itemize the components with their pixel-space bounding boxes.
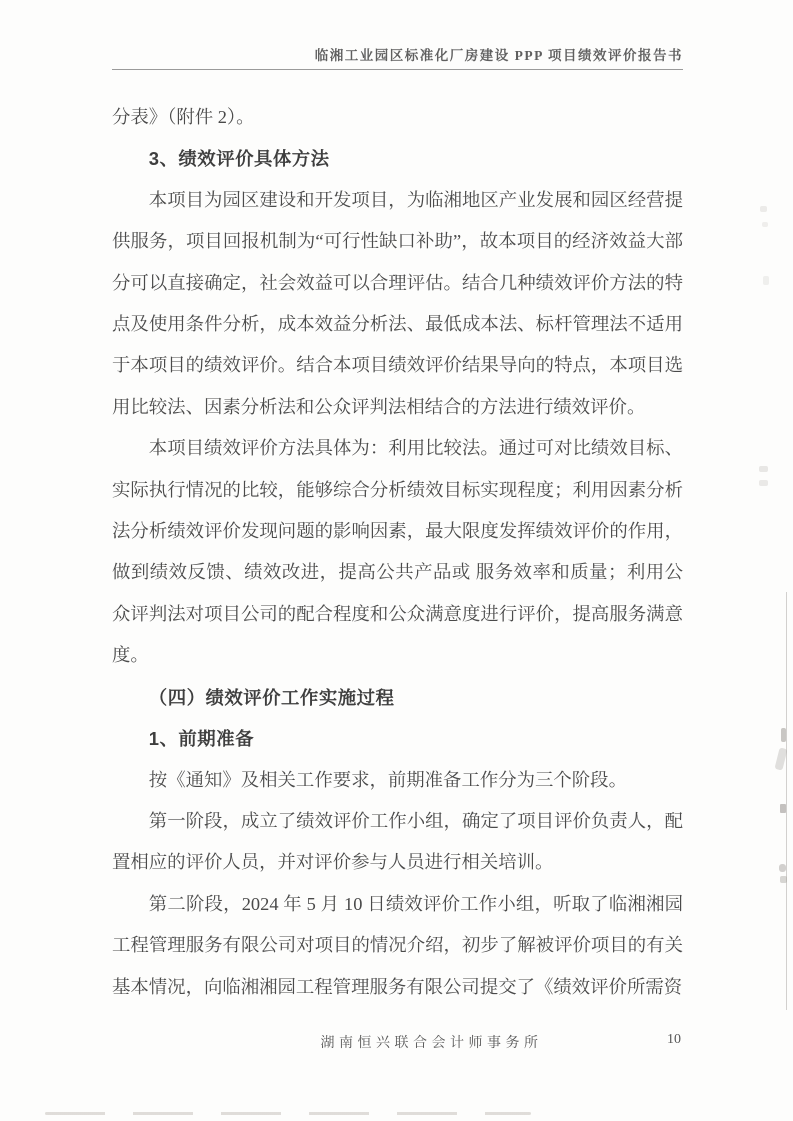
section-heading: 1、前期准备 [149, 718, 683, 759]
section-heading: （四）绩效评价工作实施过程 [149, 677, 683, 718]
scan-artifact-mark [759, 466, 768, 472]
scan-artifact-mark [780, 876, 787, 883]
page-header-title: 临湘工业园区标准化厂房建设 PPP 项目绩效评价报告书 [112, 44, 683, 70]
scan-artifact-mark [762, 222, 768, 227]
document-body: 分表》（附件 2）。3、绩效评价具体方法本项目为园区建设和开发项目，为临湘地区产… [112, 97, 683, 1027]
scanned-page: 临湘工业园区标准化厂房建设 PPP 项目绩效评价报告书 分表》（附件 2）。3、… [0, 0, 793, 1121]
paragraph: 第二阶段，2024 年 5 月 10 日绩效评价工作小组，听取了临湘湘园工程管理… [112, 884, 683, 1008]
footer-organization: 湖南恒兴联合会计师事务所 [146, 1032, 717, 1052]
paragraph: 按《通知》及相关工作要求，前期准备工作分为三个阶段。 [112, 760, 683, 801]
scan-artifact-mark [779, 864, 786, 872]
scan-artifact-mark [781, 728, 786, 742]
scan-artifact-bottom-edge [45, 1112, 531, 1115]
paragraph: 分表》（附件 2）。 [112, 97, 683, 138]
scan-artifact-mark [763, 276, 769, 285]
section-heading: 3、绩效评价具体方法 [149, 138, 683, 179]
page-footer: 湖南恒兴联合会计师事务所 10 [112, 1032, 683, 1054]
scan-artifact-mark [780, 804, 786, 813]
scan-artifact-mark [760, 206, 767, 212]
paragraph: 本项目为园区建设和开发项目，为临湘地区产业发展和园区经营提供服务，项目回报机制为… [112, 180, 683, 428]
footer-page-number: 10 [667, 1032, 681, 1048]
paragraph: 本项目绩效评价方法具体为：利用比较法。通过可对比绩效目标、实际执行情况的比较，能… [112, 428, 683, 676]
scan-artifact-edge-line [786, 592, 787, 1010]
scan-artifact-mark [759, 480, 768, 486]
paragraph: 第一阶段，成立了绩效评价工作小组，确定了项目评价负责人，配置相应的评价人员，并对… [112, 801, 683, 884]
